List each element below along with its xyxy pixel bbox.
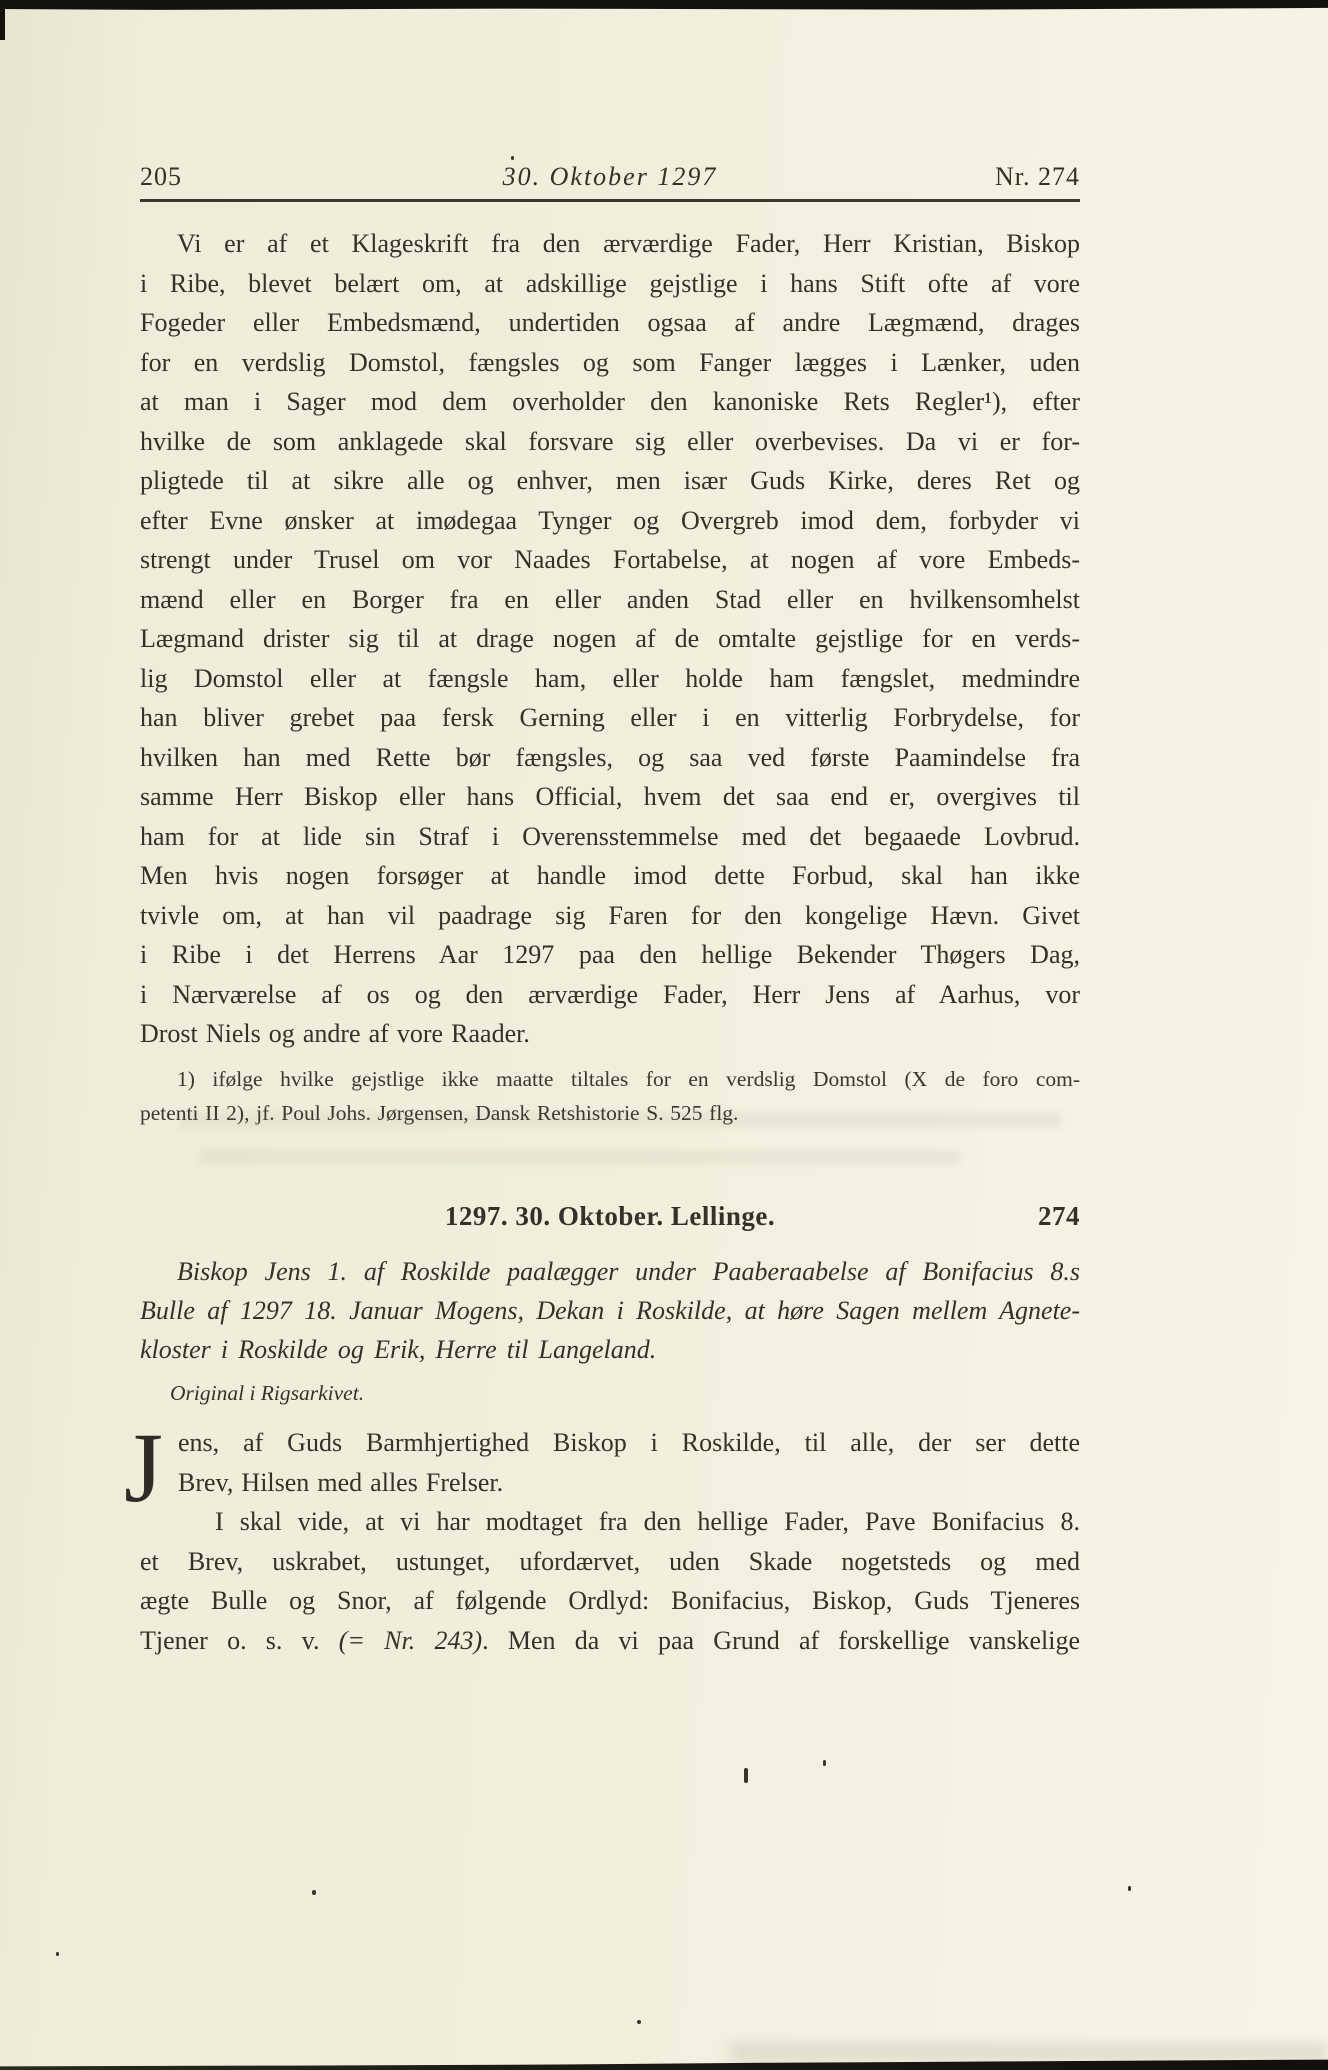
text-line: efter Evne ønsker at imødegaa Tynger og … (140, 501, 1080, 541)
text-line: Brev, Hilsen med alles Frelser. (140, 1463, 1080, 1503)
text-line: samme Herr Biskop eller hans Official, h… (140, 777, 1080, 817)
text-line: for en verdslig Domstol, fængsles og som… (140, 343, 1080, 383)
scan-speck (823, 1760, 826, 1766)
header-rule (140, 199, 1080, 202)
bleedthrough-smudge (200, 1150, 960, 1164)
opening-paragraph: J ens, af Guds Barmhjertighed Biskop i R… (140, 1423, 1080, 1502)
text-line: et Brev, uskrabet, ustunget, ufordærvet,… (140, 1542, 1080, 1582)
text-line: 1) ifølge hvilke gejstlige ikke maatte t… (140, 1062, 1080, 1096)
text-line: kloster i Roskilde og Erik, Herre til La… (140, 1330, 1080, 1369)
text-line: lig Domstol eller at fængsle ham, eller … (140, 659, 1080, 699)
text-line: ægte Bulle og Snor, af følgende Ordlyd: … (140, 1581, 1080, 1621)
text-line: Bulle af 1297 18. Januar Mogens, Dekan i… (140, 1291, 1080, 1330)
body-last-line-reference: (= Nr. 243) (339, 1626, 482, 1655)
text-line: Lægmand drister sig til at drage nogen a… (140, 619, 1080, 659)
scan-edge-top (0, 0, 1328, 11)
page-header: 205 30. Oktober 1297 Nr. 274 (140, 161, 1080, 193)
dropcap-initial: J (124, 1425, 170, 1508)
document-heading-number: 274 (1038, 1201, 1080, 1232)
text-line: i Ribe, blevet belært om, at adskillige … (140, 264, 1080, 304)
text-line: strengt under Trusel om vor Naades Forta… (140, 540, 1080, 580)
text-line: Vi er af et Klageskrift fra den ærværdig… (140, 224, 1080, 264)
scan-speck (312, 1890, 316, 1895)
running-title: 30. Oktober 1297 (140, 161, 1080, 193)
text-line: i Nærværelse af os og den ærværdige Fade… (140, 975, 1080, 1015)
opening-lines: ens, af Guds Barmhjertighed Biskop i Ros… (140, 1423, 1080, 1502)
text-line: i Ribe i det Herrens Aar 1297 paa den he… (140, 935, 1080, 975)
text-line: I skal vide, at vi har modtaget fra den … (140, 1502, 1080, 1542)
scan-edge-left (0, 0, 5, 40)
body-last-line: Tjener o. s. v. (= Nr. 243). Men da vi p… (140, 1621, 1080, 1661)
body-last-line-post: . Men da vi paa Grund af forskellige van… (482, 1626, 1080, 1655)
body-lines: I skal vide, at vi har modtaget fra den … (140, 1502, 1080, 1621)
scanned-book-page: 205 30. Oktober 1297 Nr. 274 Vi er af et… (0, 0, 1328, 2070)
text-line: mænd eller en Borger fra en eller anden … (140, 580, 1080, 620)
document-summary: Biskop Jens 1. af Roskilde paalægger und… (140, 1252, 1080, 1369)
text-line: Biskop Jens 1. af Roskilde paalægger und… (140, 1252, 1080, 1291)
text-line: ham for at lide sin Straf i Overensstemm… (140, 817, 1080, 857)
scan-speck (744, 1768, 748, 1783)
text-line: hvilke de som anklagede skal forsvare si… (140, 422, 1080, 462)
previous-document-body: Vi er af et Klageskrift fra den ærværdig… (140, 224, 1080, 1054)
text-line: Fogeder eller Embedsmænd, undertiden ogs… (140, 303, 1080, 343)
text-line: han bliver grebet paa fersk Gerning elle… (140, 698, 1080, 738)
document-heading-date: 1297. 30. Oktober. Lellinge. (445, 1201, 775, 1231)
text-line: Drost Niels og andre af vore Raader. (140, 1014, 1080, 1054)
scan-speck (56, 1952, 59, 1956)
scan-speck (637, 2020, 641, 2024)
text-line: at man i Sager mod dem overholder den ka… (140, 382, 1080, 422)
text-line: ens, af Guds Barmhjertighed Biskop i Ros… (140, 1423, 1080, 1463)
running-number: Nr. 274 (995, 161, 1080, 193)
body-last-line-pre: Tjener o. s. v. (140, 1626, 339, 1655)
text-line: Men hvis nogen forsøger at handle imod d… (140, 856, 1080, 896)
scan-shadow (730, 2044, 1328, 2060)
text-line: pligtede til at sikre alle og enhver, me… (140, 461, 1080, 501)
text-line: tvivle om, at han vil paadrage sig Faren… (140, 896, 1080, 936)
bleedthrough-smudge (180, 1112, 1060, 1128)
provenance-note: Original i Rigsarkivet. (170, 1381, 364, 1406)
document-heading: 1297. 30. Oktober. Lellinge. 274 (140, 1201, 1080, 1232)
document-body: J ens, af Guds Barmhjertighed Biskop i R… (140, 1423, 1080, 1660)
scan-speck (1128, 1886, 1131, 1891)
scan-speck (511, 156, 514, 160)
text-line: hvilken han med Rette bør fængsles, og s… (140, 738, 1080, 778)
